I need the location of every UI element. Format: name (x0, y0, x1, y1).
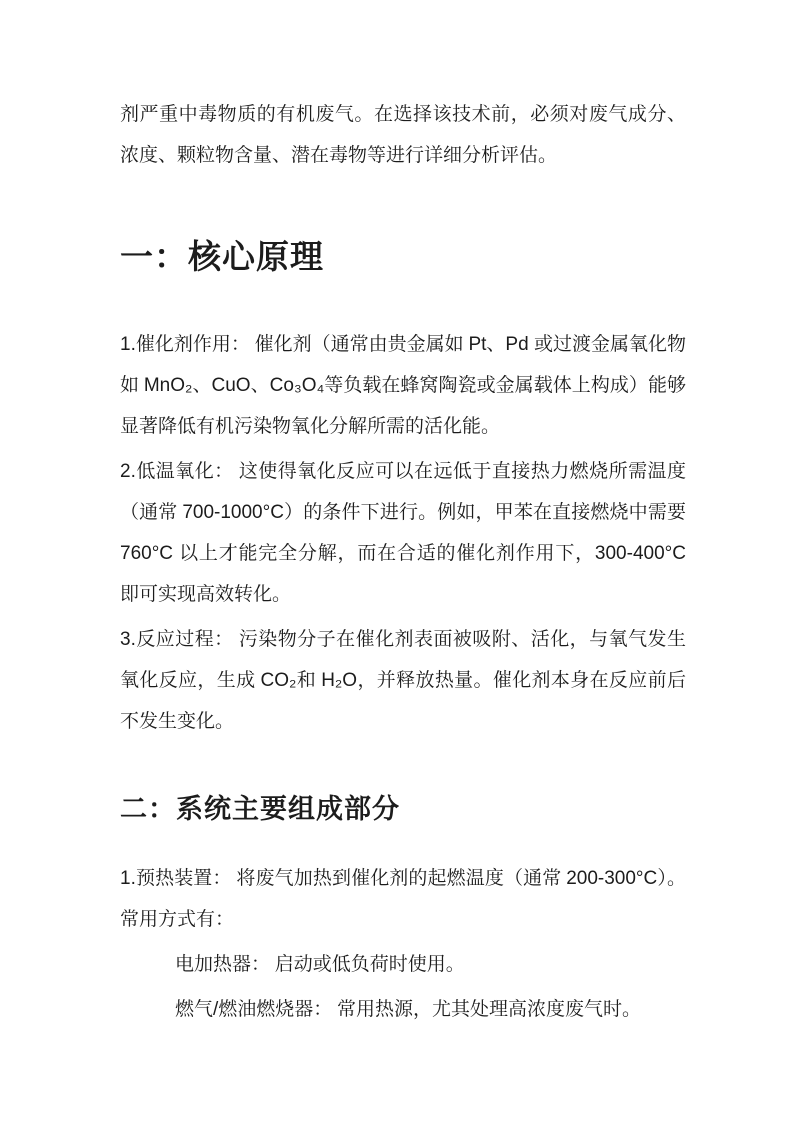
para-reaction-process: 3.反应过程： 污染物分子在催化剂表面被吸附、活化，与氧气发生氧化反应，生成 C… (120, 619, 686, 742)
para-preheater: 1.预热装置： 将废气加热到催化剂的起燃温度（通常 200-300°C）。常用方… (120, 858, 686, 940)
para-catalyst-function: 1.催化剂作用： 催化剂（通常由贵金属如 Pt、Pd 或过渡金属氧化物如 MnO… (120, 324, 686, 447)
heading-core-principles: 一：核心原理 (120, 238, 686, 278)
sub-item-gas-oil-burner: 燃气/燃油燃烧器： 常用热源，尤其处理高浓度废气时。 (120, 989, 686, 1030)
sub-item-electric-heater: 电加热器： 启动或低负荷时使用。 (120, 944, 686, 985)
intro-paragraph: 剂严重中毒物质的有机废气。在选择该技术前，必须对废气成分、浓度、颗粒物含量、潜在… (120, 94, 686, 176)
document-page: 剂严重中毒物质的有机废气。在选择该技术前，必须对废气成分、浓度、颗粒物含量、潜在… (0, 0, 800, 1131)
para-low-temp-oxidation: 2.低温氧化： 这使得氧化反应可以在远低于直接热力燃烧所需温度（通常 700-1… (120, 451, 686, 615)
heading-system-components: 二：系统主要组成部分 (120, 792, 686, 826)
